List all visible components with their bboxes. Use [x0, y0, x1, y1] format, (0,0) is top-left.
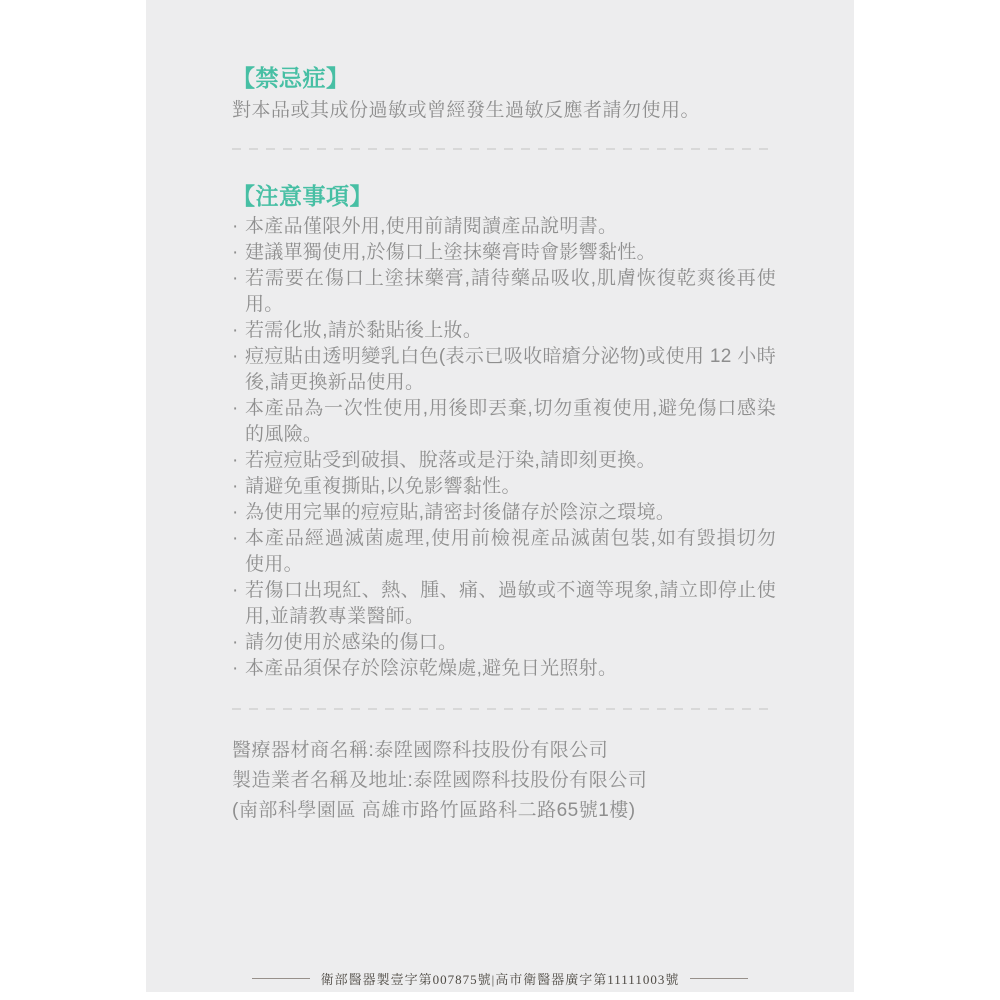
dashed-divider [232, 708, 776, 710]
list-item-text: 若需要在傷口上塗抹藥膏,請待藥品吸收,肌膚恢復乾爽後再使用。 [245, 268, 776, 315]
bullet-dot-icon: · [232, 214, 239, 240]
license-footer: 衛部醫器製壹字第007875號|高市衛醫器廣字第11111003號 [146, 969, 854, 988]
maker-address-line: (南部科學園區 高雄市路竹區路科二路65號1樓) [232, 796, 776, 826]
contraindications-heading: 【禁忌症】 [232, 64, 776, 92]
bullet-dot-icon: · [232, 630, 239, 656]
dashed-divider [232, 148, 776, 150]
section-precautions: 【注意事項】 · 本產品僅限外用,使用前請閱讀產品說明書。 · 建議單獨使用,於… [232, 182, 776, 682]
list-item-text: 建議單獨使用,於傷口上塗抹藥膏時會影響黏性。 [245, 242, 656, 263]
bullet-dot-icon: · [232, 344, 239, 370]
bullet-dot-icon: · [232, 578, 239, 604]
bullet-dot-icon: · [232, 318, 239, 344]
list-item: · 本產品僅限外用,使用前請閱讀產品說明書。 [232, 214, 776, 240]
bullet-dot-icon: · [232, 448, 239, 474]
bullet-dot-icon: · [232, 240, 239, 266]
precautions-heading: 【注意事項】 [232, 182, 776, 210]
contraindications-body: 對本品或其成份過敏或曾經發生過敏反應者請勿使用。 [232, 98, 776, 124]
page-content: 【禁忌症】 對本品或其成份過敏或曾經發生過敏反應者請勿使用。 【注意事項】 · … [146, 0, 854, 826]
list-item-text: 若需化妝,請於黏貼後上妝。 [245, 320, 482, 341]
bullet-dot-icon: · [232, 526, 239, 552]
list-item: · 本產品經過滅菌處理,使用前檢視產品滅菌包裝,如有毀損切勿使用。 [232, 526, 776, 578]
list-item: · 請避免重複撕貼,以免影響黏性。 [232, 474, 776, 500]
list-item-text: 本產品經過滅菌處理,使用前檢視產品滅菌包裝,如有毀損切勿使用。 [245, 528, 776, 575]
list-item-text: 為使用完畢的痘痘貼,請密封後儲存於陰涼之環境。 [245, 502, 675, 523]
list-item: · 若痘痘貼受到破損、脫落或是汙染,請即刻更換。 [232, 448, 776, 474]
footer-right-rule [690, 978, 748, 979]
list-item: · 為使用完畢的痘痘貼,請密封後儲存於陰涼之環境。 [232, 500, 776, 526]
list-item-text: 請避免重複撕貼,以免影響黏性。 [245, 476, 521, 497]
document-page: 【禁忌症】 對本品或其成份過敏或曾經發生過敏反應者請勿使用。 【注意事項】 · … [146, 0, 854, 992]
list-item: · 痘痘貼由透明變乳白色(表示已吸收暗瘡分泌物)或使用 12 小時後,請更換新品… [232, 344, 776, 396]
bullet-dot-icon: · [232, 500, 239, 526]
maker-name-line: 製造業者名稱及地址:泰陞國際科技股份有限公司 [232, 766, 776, 796]
list-item: · 請勿使用於感染的傷口。 [232, 630, 776, 656]
bullet-dot-icon: · [232, 266, 239, 292]
list-item-text: 若傷口出現紅、熱、腫、痛、過敏或不適等現象,請立即停止使用,並請教專業醫師。 [245, 580, 776, 627]
manufacturer-info: 醫療器材商名稱:泰陞國際科技股份有限公司 製造業者名稱及地址:泰陞國際科技股份有… [232, 736, 776, 826]
list-item: · 本產品須保存於陰涼乾燥處,避免日光照射。 [232, 656, 776, 682]
license-number-text: 衛部醫器製壹字第007875號|高市衛醫器廣字第11111003號 [321, 969, 680, 988]
list-item-text: 本產品為一次性使用,用後即丟棄,切勿重複使用,避免傷口感染的風險。 [245, 398, 776, 445]
list-item-text: 若痘痘貼受到破損、脫落或是汙染,請即刻更換。 [245, 450, 656, 471]
list-item: · 本產品為一次性使用,用後即丟棄,切勿重複使用,避免傷口感染的風險。 [232, 396, 776, 448]
list-item: · 若傷口出現紅、熱、腫、痛、過敏或不適等現象,請立即停止使用,並請教專業醫師。 [232, 578, 776, 630]
list-item: · 建議單獨使用,於傷口上塗抹藥膏時會影響黏性。 [232, 240, 776, 266]
bullet-dot-icon: · [232, 656, 239, 682]
list-item-text: 本產品須保存於陰涼乾燥處,避免日光照射。 [245, 658, 617, 679]
list-item: · 若需化妝,請於黏貼後上妝。 [232, 318, 776, 344]
bullet-dot-icon: · [232, 474, 239, 500]
list-item-text: 請勿使用於感染的傷口。 [245, 632, 457, 653]
footer-left-rule [252, 978, 310, 979]
precautions-list: · 本產品僅限外用,使用前請閱讀產品說明書。 · 建議單獨使用,於傷口上塗抹藥膏… [232, 214, 776, 682]
list-item-text: 痘痘貼由透明變乳白色(表示已吸收暗瘡分泌物)或使用 12 小時後,請更換新品使用… [245, 346, 776, 393]
section-contraindications: 【禁忌症】 對本品或其成份過敏或曾經發生過敏反應者請勿使用。 [232, 64, 776, 124]
list-item-text: 本產品僅限外用,使用前請閱讀產品說明書。 [245, 216, 617, 237]
bullet-dot-icon: · [232, 396, 239, 422]
screenshot-canvas: 【禁忌症】 對本品或其成份過敏或曾經發生過敏反應者請勿使用。 【注意事項】 · … [0, 0, 1000, 1000]
dealer-name-line: 醫療器材商名稱:泰陞國際科技股份有限公司 [232, 736, 776, 766]
list-item: · 若需要在傷口上塗抹藥膏,請待藥品吸收,肌膚恢復乾爽後再使用。 [232, 266, 776, 318]
